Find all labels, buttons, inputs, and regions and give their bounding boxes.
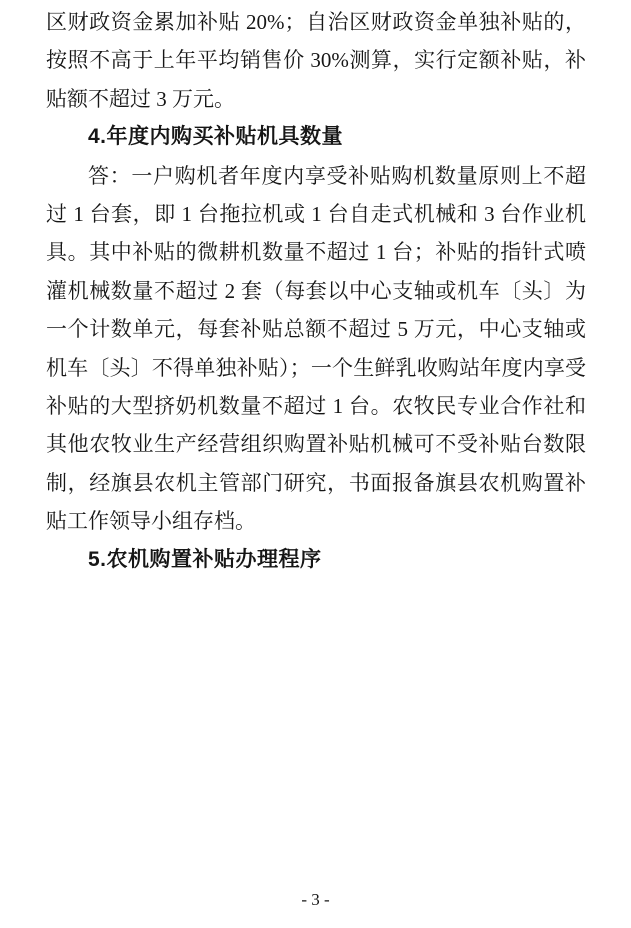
paragraph-subsidy-rate-continuation: 区财政资金累加补贴 20%；自治区财政资金单独补贴的，按照不高于上年平均销售价 … bbox=[46, 3, 586, 118]
heading-section-4-annual-quantity: 4.年度内购买补贴机具数量 bbox=[46, 118, 586, 156]
document-body: 区财政资金累加补贴 20%；自治区财政资金单独补贴的，按照不高于上年平均销售价 … bbox=[46, 3, 586, 579]
document-page: 区财政资金累加补贴 20%；自治区财政资金单独补贴的，按照不高于上年平均销售价 … bbox=[0, 0, 631, 928]
page-footer: - 3 - bbox=[0, 888, 631, 912]
heading-section-5-procedure: 5.农机购置补贴办理程序 bbox=[46, 541, 586, 579]
paragraph-answer-section-4: 答：一户购机者年度内享受补贴购机数量原则上不超过 1 台套，即 1 台拖拉机或 … bbox=[46, 157, 586, 541]
page-number: - 3 - bbox=[301, 890, 329, 909]
